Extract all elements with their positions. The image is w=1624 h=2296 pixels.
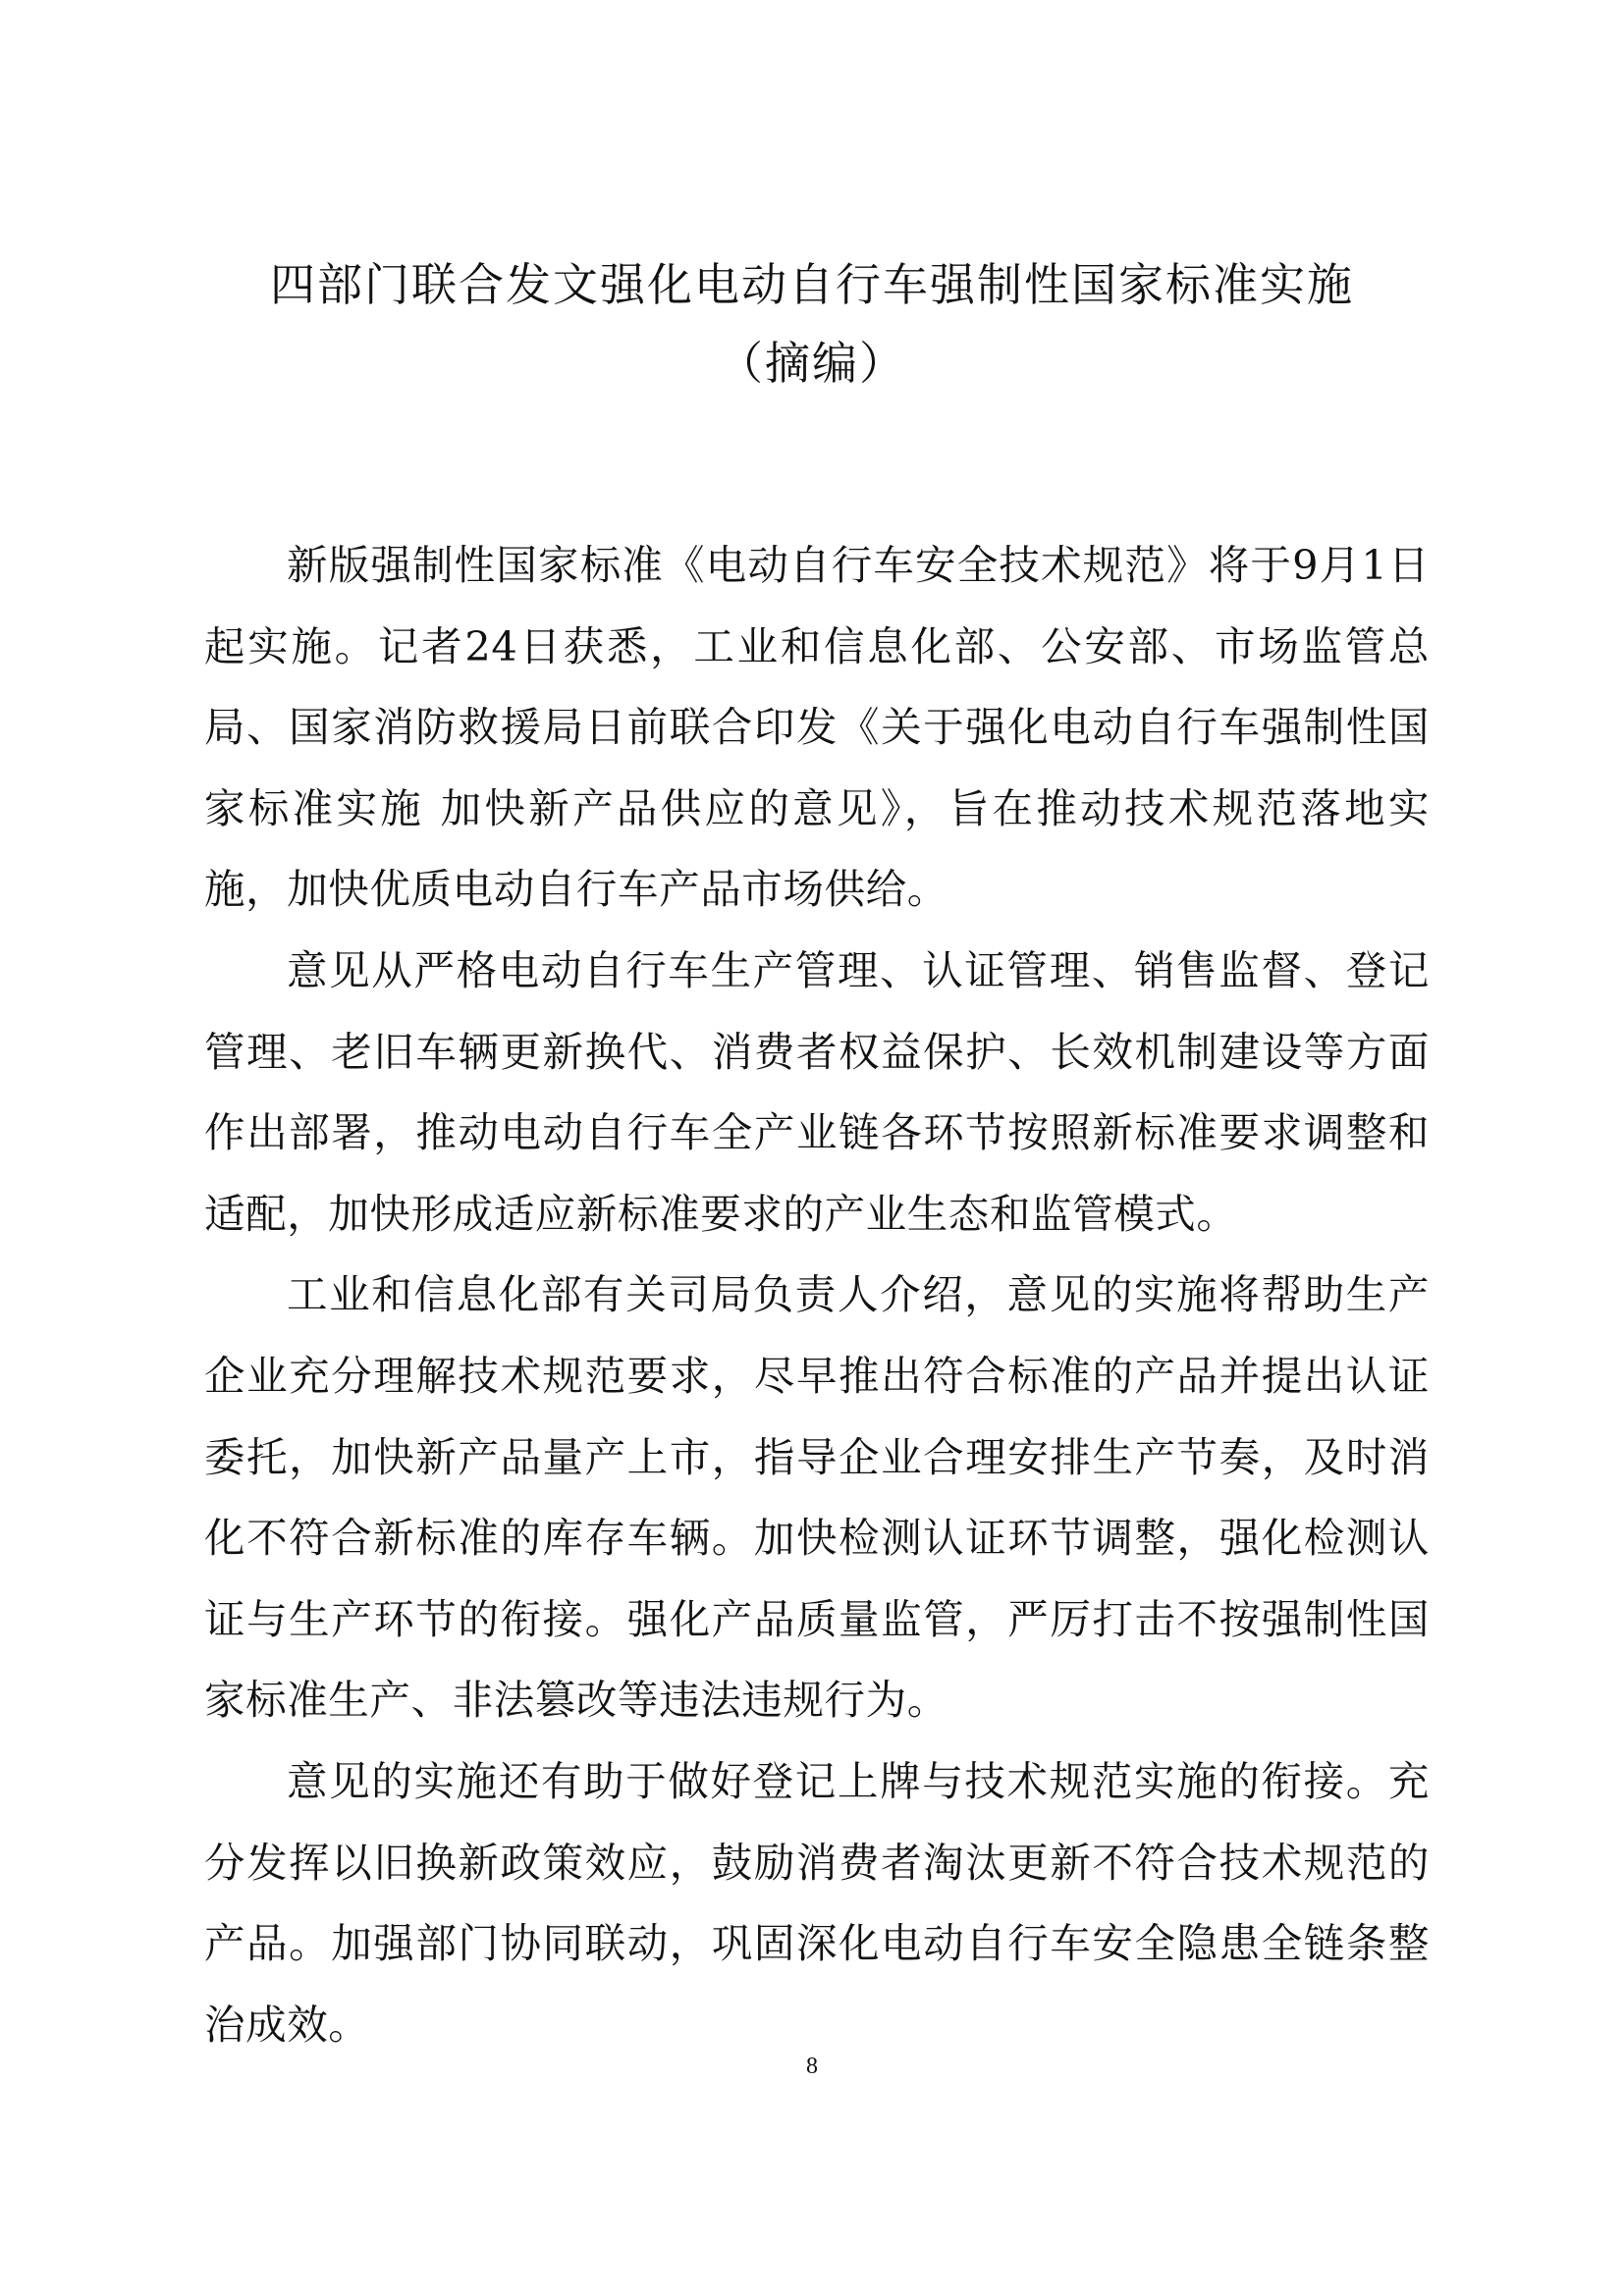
title-line-main: 四部门联合发文强化电动自行车强制性国家标准实施	[0, 245, 1624, 324]
title-line-subtitle: （摘编）	[0, 324, 1624, 402]
paragraph-1: 新版强制性国家标准《电动自行车安全技术规范》将于9月1日起实施。记者24日获悉，…	[204, 525, 1430, 931]
page-number: 8	[0, 2054, 1624, 2080]
paragraph-3: 工业和信息化部有关司局负责人介绍，意见的实施将帮助生产企业充分理解技术规范要求，…	[204, 1255, 1430, 1741]
paragraph-2: 意见从严格电动自行车生产管理、认证管理、销售监督、登记管理、老旧车辆更新换代、消…	[204, 931, 1430, 1255]
document-title: 四部门联合发文强化电动自行车强制性国家标准实施 （摘编）	[0, 245, 1624, 402]
document-page: 四部门联合发文强化电动自行车强制性国家标准实施 （摘编） 新版强制性国家标准《电…	[0, 0, 1624, 2296]
document-body: 新版强制性国家标准《电动自行车安全技术规范》将于9月1日起实施。记者24日获悉，…	[204, 525, 1430, 2065]
paragraph-4: 意见的实施还有助于做好登记上牌与技术规范实施的衔接。充分发挥以旧换新政策效应，鼓…	[204, 1741, 1430, 2065]
